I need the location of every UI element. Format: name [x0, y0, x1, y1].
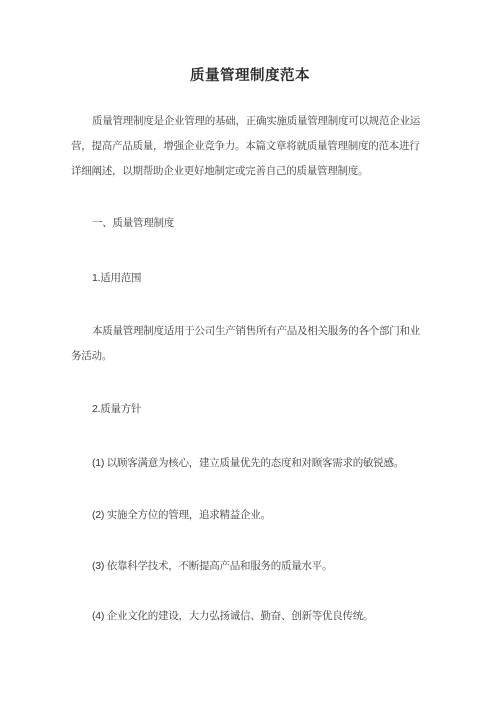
policy-item: (3) 依靠科学技术，不断提高产品和服务的质量水平。 [71, 554, 429, 579]
document-page: 质量管理制度范本 质量管理制度是企业管理的基础，正确实施质量管理制度可以规范企业… [0, 0, 500, 707]
policy-item: (4) 企业文化的建设，大力弘扬诚信、勤奋、创新等优良传统。 [71, 604, 429, 629]
policy-item: (1) 以顾客满意为核心，建立质量优先的态度和对顾客需求的敏锐感。 [71, 451, 429, 476]
policy-item: (2) 实施全方位的管理，追求精益企业。 [71, 503, 429, 528]
section-heading-quality-system: 一、质量管理制度 [71, 211, 429, 236]
scope-paragraph: 本质量管理制度适用于公司生产销售所有产品及相关服务的各个部门和业 务活动。 [71, 319, 429, 369]
document-screenshot: 质量管理制度范本 质量管理制度是企业管理的基础，正确实施质量管理制度可以规范企业… [0, 0, 500, 707]
intro-paragraph: 质量管理制度是企业管理的基础，正确实施质量管理制度可以规范企业运 营，提高产品质… [71, 109, 429, 184]
subsection-heading-policy: 2.质量方针 [71, 397, 429, 422]
document-title: 质量管理制度范本 [71, 63, 429, 89]
subsection-heading-scope: 1.适用范围 [71, 266, 429, 291]
